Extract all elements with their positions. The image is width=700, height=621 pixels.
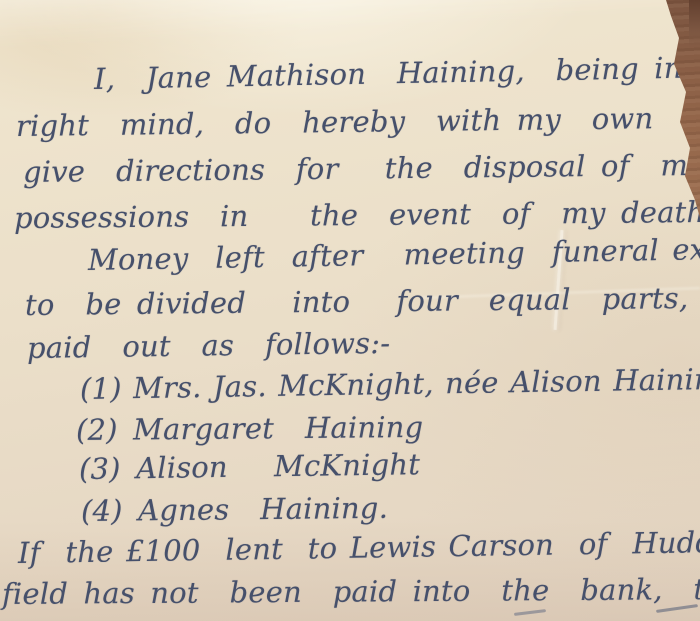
handwritten-will-page: I, Jane Mathison Haining, being in my ri…: [0, 0, 700, 621]
handwritten-line-12: If the £100 lent to Lewis Carson of Hudd…: [18, 524, 700, 570]
paper-top-edge-highlight: [0, 0, 700, 48]
handwritten-line-7: paid out as follows:-: [27, 326, 391, 365]
handwritten-line-5: Money left after meeting funeral expense…: [88, 230, 700, 277]
handwritten-line-2: right mind, do hereby with my own hand: [16, 100, 700, 143]
handwritten-list-item-4: (4) Agnes Haining.: [81, 491, 388, 528]
handwritten-list-item-2: (2) Margaret Haining: [76, 410, 424, 447]
handwritten-line-13: field has not been paid into the bank, t…: [2, 572, 700, 611]
handwritten-line-1: I, Jane Mathison Haining, being in my: [94, 49, 700, 96]
handwritten-list-item-3: (3) Alison McKnight: [79, 447, 421, 486]
handwritten-line-3: give directions for the disposal of my: [23, 148, 700, 189]
handwritten-line-4: possessions in the event of my death.: [14, 195, 700, 235]
wood-dark-edge: [689, 0, 700, 48]
handwritten-list-item-1: (1) Mrs. Jas. McKnight, née Alison Haini…: [80, 362, 700, 406]
photograph-frame: I, Jane Mathison Haining, being in my ri…: [0, 0, 700, 621]
partial-ink-stroke: [514, 609, 546, 616]
handwritten-line-6: to be divided into four equal parts, and: [25, 280, 700, 322]
